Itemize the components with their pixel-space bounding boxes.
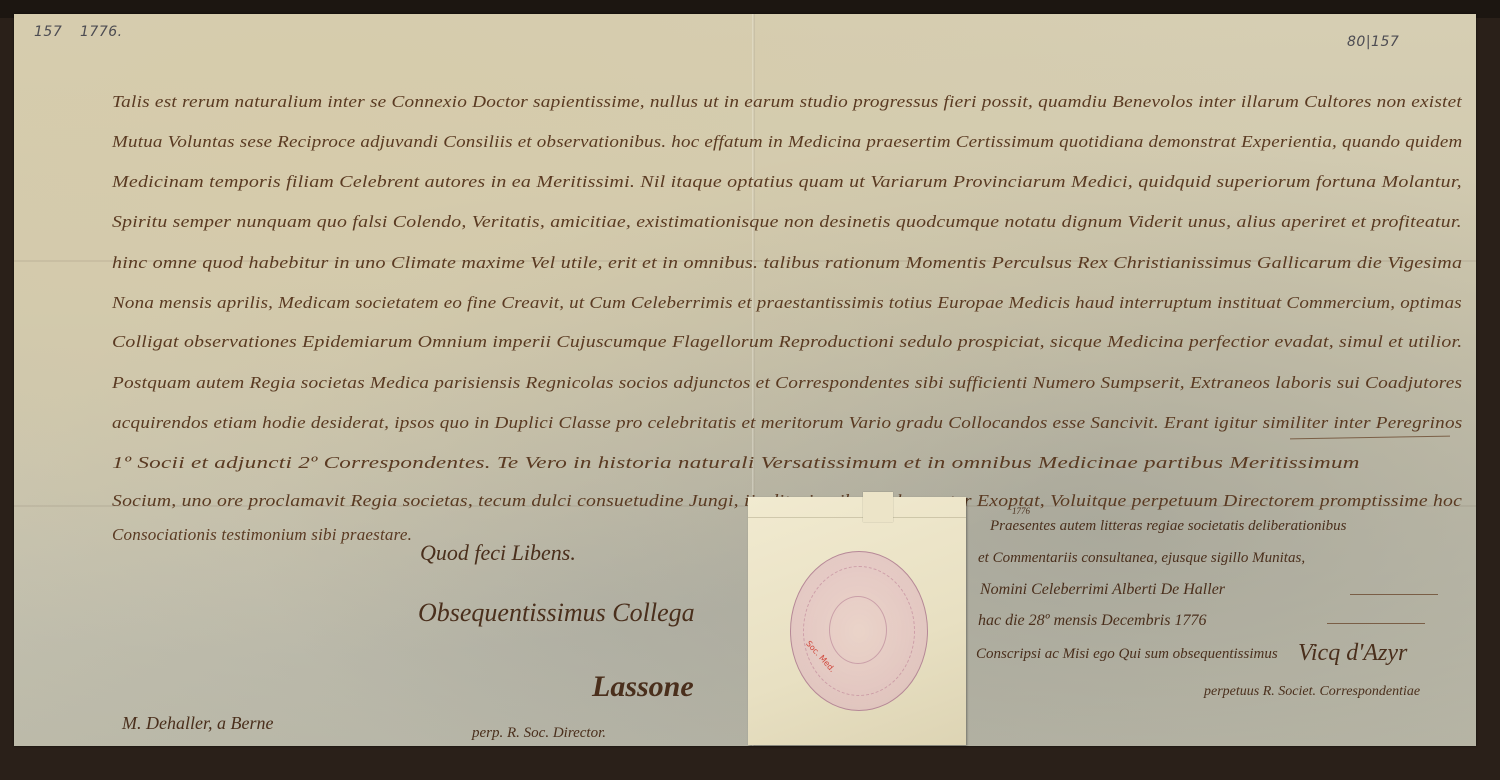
filler-rule xyxy=(1350,594,1438,595)
seal-center xyxy=(829,596,887,664)
body-line-4: Spiritu semper nunquam quo falsi Colendo… xyxy=(112,212,1462,232)
body-line-8: Postquam autem Regia societas Medica par… xyxy=(112,373,1462,393)
body-line-7: Colligat observationes Epidemiarum Omniu… xyxy=(112,332,1462,352)
closing-right-line-2: et Commentariis consultanea, ejusque sig… xyxy=(978,550,1305,567)
closing-collega: Obsequentissimus Collega xyxy=(418,598,695,628)
body-line-3: Medicinam temporis filiam Celebrent auto… xyxy=(112,172,1462,192)
closing-right-line-1: Praesentes autem litteras regiae societa… xyxy=(990,518,1346,535)
signature-title-left: perp. R. Soc. Director. xyxy=(472,725,606,742)
body-line-6: Nona mensis aprilis, Medicam societatem … xyxy=(112,293,1462,313)
closing-right-line-5: Conscripsi ac Misi ego Qui sum obsequent… xyxy=(976,646,1278,663)
body-line-1: Talis est rerum naturalium inter se Conn… xyxy=(112,92,1462,112)
seal-slip-fold xyxy=(748,517,966,518)
archive-number: 157 xyxy=(34,24,62,40)
closing-right-line-3: Nomini Celeberrimi Alberti De Haller xyxy=(980,581,1225,599)
body-line-2: Mutua Voluntas sese Reciproce adjuvandi … xyxy=(112,132,1462,152)
signature-title-right: perpetuus R. Societ. Correspondentiae xyxy=(1204,684,1420,700)
archive-year: 1776. xyxy=(80,24,123,40)
wax-seal: Soc. Med. xyxy=(790,551,928,711)
closing-quod-feci: Quod feci Libens. xyxy=(420,540,576,566)
body-line-12: Consociationis testimonium sibi praestar… xyxy=(112,525,412,545)
body-line-5: hinc omne quod habebitur in uno Climate … xyxy=(112,253,1462,273)
addressee: M. Dehaller, a Berne xyxy=(122,713,273,734)
superscript-year: 1776 xyxy=(1012,506,1030,516)
body-line-10: 1º Socii et adjuncti 2º Correspondentes.… xyxy=(112,453,1360,473)
body-line-9: acquirendos etiam hodie desiderat, ipsos… xyxy=(112,413,1462,433)
archive-reference: 80|157 xyxy=(1347,34,1399,50)
signature-lassone: Lassone xyxy=(592,670,694,704)
filler-rule xyxy=(1327,623,1425,624)
seal-tab xyxy=(863,492,893,522)
signature-vicq-dazyr: Vicq d'Azyr xyxy=(1298,640,1407,667)
closing-right-line-4: hac die 28º mensis Decembris 1776 xyxy=(978,612,1206,630)
